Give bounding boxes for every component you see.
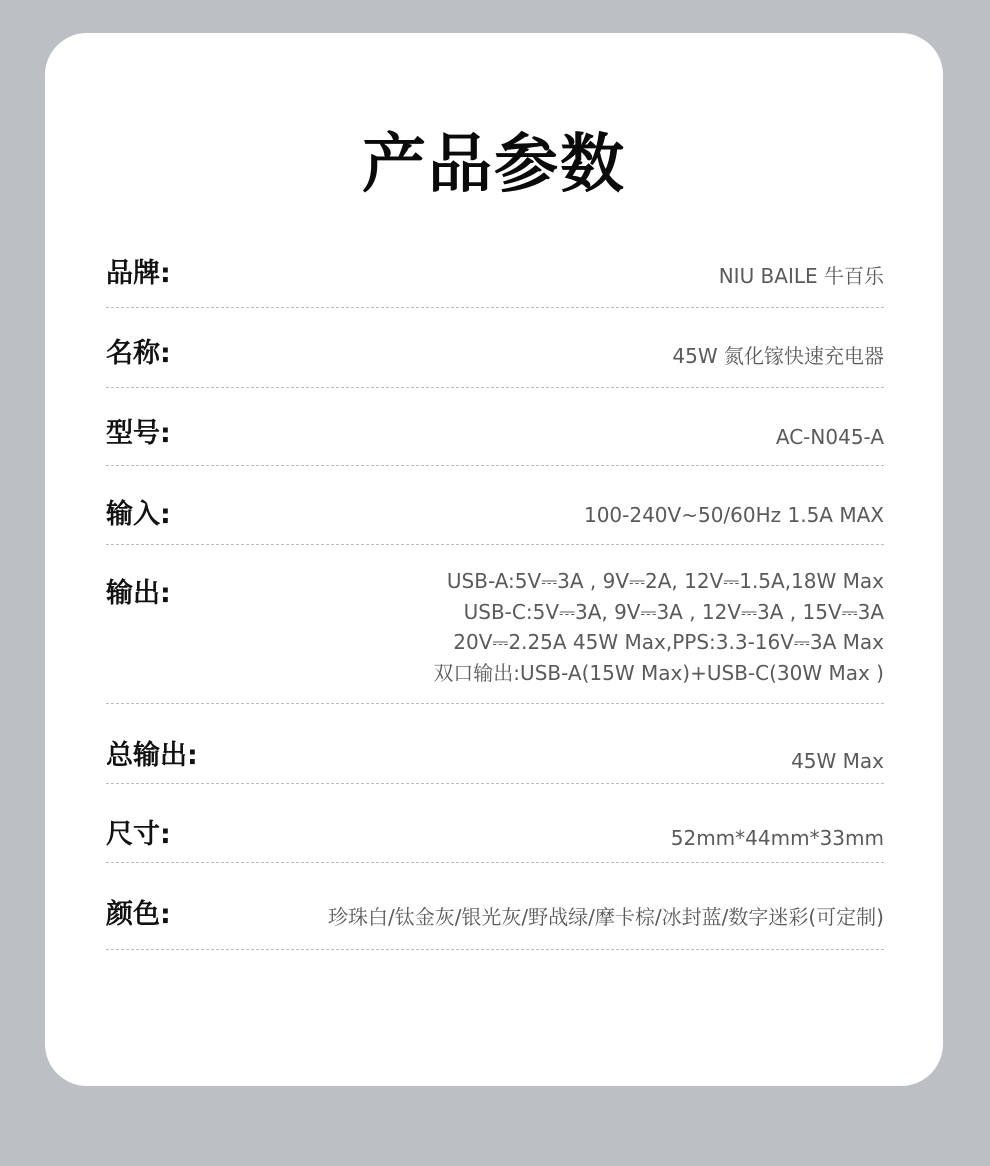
spec-label: 名称: (106, 337, 171, 371)
spec-label: 尺寸: (106, 818, 171, 852)
page-title: 产品参数 (45, 125, 943, 205)
spec-value: 52mm*44mm*33mm (671, 823, 884, 853)
spec-row-output: 输出: USB-A:5V⎓3A , 9V⎓2A, 12V⎓1.5A,18W Ma… (106, 544, 884, 704)
spec-label: 颜色: (106, 898, 171, 932)
spec-row-total-output: 总输出: 45W Max (106, 703, 884, 784)
spec-label: 总输出: (106, 739, 198, 773)
spec-value-line: 双口输出:USB-A(15W Max)+USB-C(30W Max ) (433, 658, 884, 689)
spec-row-size: 尺寸: 52mm*44mm*33mm (106, 783, 884, 863)
spec-row-brand: 品牌: NIU BAILE 牛百乐 (106, 255, 884, 308)
spec-value: 100-240V~50/60Hz 1.5A MAX (584, 500, 884, 530)
spec-value-line: 20V⎓2.25A 45W Max,PPS:3.3-16V⎓3A Max (433, 627, 884, 658)
spec-label: 型号: (106, 417, 171, 451)
spec-label: 输出: (106, 577, 171, 611)
spec-label: 品牌: (106, 257, 171, 291)
spec-value-lines: USB-A:5V⎓3A , 9V⎓2A, 12V⎓1.5A,18W Max US… (433, 566, 884, 688)
spec-row-color: 颜色: 珍珠白/钛金灰/银光灰/野战绿/摩卡棕/冰封蓝/数字迷彩(可定制) (106, 862, 884, 950)
spec-value: 珍珠白/钛金灰/银光灰/野战绿/摩卡棕/冰封蓝/数字迷彩(可定制) (328, 902, 884, 932)
spec-card: 产品参数 品牌: NIU BAILE 牛百乐 名称: 45W 氮化镓快速充电器 … (45, 33, 943, 1086)
spec-value: 45W Max (791, 746, 884, 776)
spec-row-input: 输入: 100-240V~50/60Hz 1.5A MAX (106, 465, 884, 545)
spec-value-line: USB-C:5V⎓3A, 9V⎓3A , 12V⎓3A , 15V⎓3A (433, 597, 884, 628)
spec-row-name: 名称: 45W 氮化镓快速充电器 (106, 307, 884, 388)
spec-value-line: USB-A:5V⎓3A , 9V⎓2A, 12V⎓1.5A,18W Max (433, 566, 884, 597)
spec-value: NIU BAILE 牛百乐 (719, 261, 884, 291)
spec-label: 输入: (106, 498, 171, 532)
spec-value: AC-N045-A (776, 422, 884, 452)
spec-row-model: 型号: AC-N045-A (106, 387, 884, 466)
spec-value: 45W 氮化镓快速充电器 (672, 341, 884, 371)
